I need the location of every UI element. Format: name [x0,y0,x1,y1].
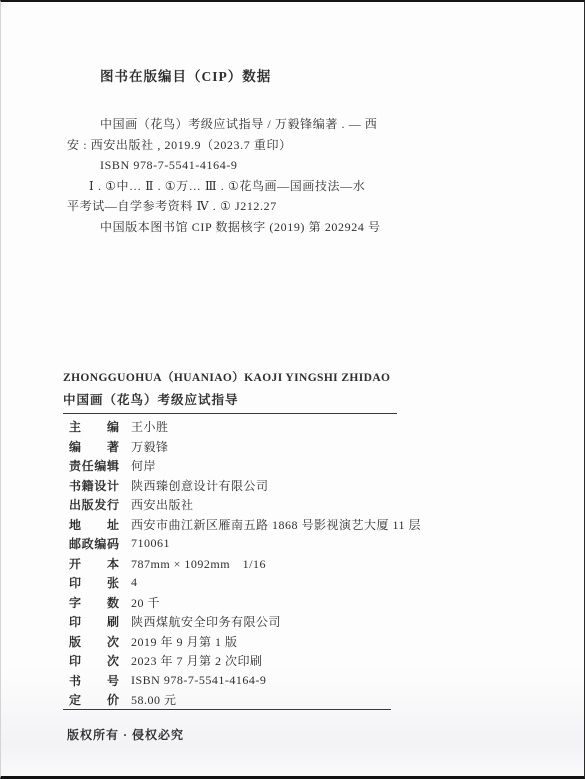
cip-line: 中国画（花鸟）考级应试指导 / 万毅锋编著 . — 西 [67,114,467,135]
colophon-row-book-design: 书籍设计 陕西臻创意设计有限公司 [63,476,533,496]
colophon-label: 邮政编码 [69,535,119,552]
copyright-page: 图书在版编目（CIP）数据 中国画（花鸟）考级应试指导 / 万毅锋编著 . — … [0,0,585,779]
colophon-label: 地址 [69,516,119,533]
price-divider-line [63,709,391,710]
cip-line: Ⅰ . ①中… Ⅱ . ①万… Ⅲ . ①花鸟画—国画技法—水 [67,176,467,197]
colophon-row-author: 编著 万毅锋 [63,437,533,457]
colophon-row-edition: 版次 2019 年 9 月第 1 版 [63,632,533,652]
colophon-label: 印刷 [69,613,119,630]
colophon-value: 4 [131,575,138,590]
colophon-row-printing: 印次 2023 年 7 月第 2 次印刷 [63,651,533,671]
colophon-value: ISBN 978-7-5541-4164-9 [131,673,266,688]
cip-paragraph: 中国画（花鸟）考级应试指导 / 万毅锋编著 . — 西 安 : 西安出版社 , … [67,114,467,237]
cip-heading: 图书在版编目（CIP）数据 [67,68,467,86]
cip-line: 中国版本图书馆 CIP 数据核字 (2019) 第 202924 号 [67,217,467,238]
title-divider-line [63,413,397,414]
colophon-row-publisher: 出版发行 西安出版社 [63,495,533,515]
colophon-value: 710061 [131,536,170,551]
colophon-label: 定价 [69,691,119,708]
colophon-value: 2019 年 9 月第 1 版 [131,633,238,650]
colophon-row-chief-editor: 主编 王小胜 [63,417,533,437]
colophon-label: 主编 [69,418,119,435]
book-title-pinyin: ZHONGGUOHUA（HUANIAO）KAOJI YINGSHI ZHIDAO [63,371,397,386]
colophon-row-address: 地址 西安市曲江新区雁南五路 1868 号影视演艺大厦 11 层 [63,515,533,535]
colophon-label: 书号 [69,672,119,689]
cip-line: 平考试—自学参考资料 Ⅳ . ① J212.27 [67,196,467,217]
colophon-label: 出版发行 [69,496,119,513]
colophon-value: 西安市曲江新区雁南五路 1868 号影视演艺大厦 11 层 [131,516,421,533]
colophon-row-responsible-editor: 责任编辑 何岸 [63,456,533,476]
colophon-value: 787mm × 1092mm 1/16 [131,555,266,572]
colophon-label: 书籍设计 [69,477,119,494]
cip-line: 安 : 西安出版社 , 2019.9（2023.7 重印） [67,135,467,156]
colophon-label: 版次 [69,633,119,650]
colophon-label: 字数 [69,594,119,611]
colophon-value: 万毅锋 [131,438,169,455]
colophon-label: 印张 [69,574,119,591]
book-title-block: ZHONGGUOHUA（HUANIAO）KAOJI YINGSHI ZHIDAO… [63,371,397,414]
colophon-row-isbn: 书号 ISBN 978-7-5541-4164-9 [63,671,533,691]
colophon-label: 编著 [69,438,119,455]
colophon-row-printer: 印刷 陕西煤航安全印务有限公司 [63,612,533,632]
colophon-label: 责任编辑 [69,457,119,474]
publication-details-list: 主编 王小胜 编著 万毅锋 责任编辑 何岸 书籍设计 陕西臻创意设计有限公司 出… [63,417,533,710]
colophon-row-sheets: 印张 4 [63,573,533,593]
colophon-value: 西安出版社 [131,496,194,513]
copyright-notice: 版权所有 · 侵权必究 [67,726,184,743]
colophon-value: 陕西臻创意设计有限公司 [131,477,269,494]
colophon-value: 何岸 [131,457,156,474]
colophon-value: 王小胜 [131,418,169,435]
colophon-value: 58.00 元 [131,691,177,708]
book-title-chinese: 中国画（花鸟）考级应试指导 [63,390,397,410]
colophon-value: 20 千 [131,594,160,611]
cip-line: ISBN 978-7-5541-4164-9 [67,155,467,176]
colophon-row-word-count: 字数 20 千 [63,593,533,613]
colophon-label: 印次 [69,652,119,669]
colophon-row-postcode: 邮政编码 710061 [63,534,533,554]
cip-section: 图书在版编目（CIP）数据 中国画（花鸟）考级应试指导 / 万毅锋编著 . — … [67,68,467,237]
colophon-label: 开本 [69,555,119,572]
colophon-value: 陕西煤航安全印务有限公司 [131,613,281,630]
colophon-row-format: 开本 787mm × 1092mm 1/16 [63,554,533,574]
colophon-value: 2023 年 7 月第 2 次印刷 [131,652,263,669]
colophon-row-price: 定价 58.00 元 [63,690,533,710]
